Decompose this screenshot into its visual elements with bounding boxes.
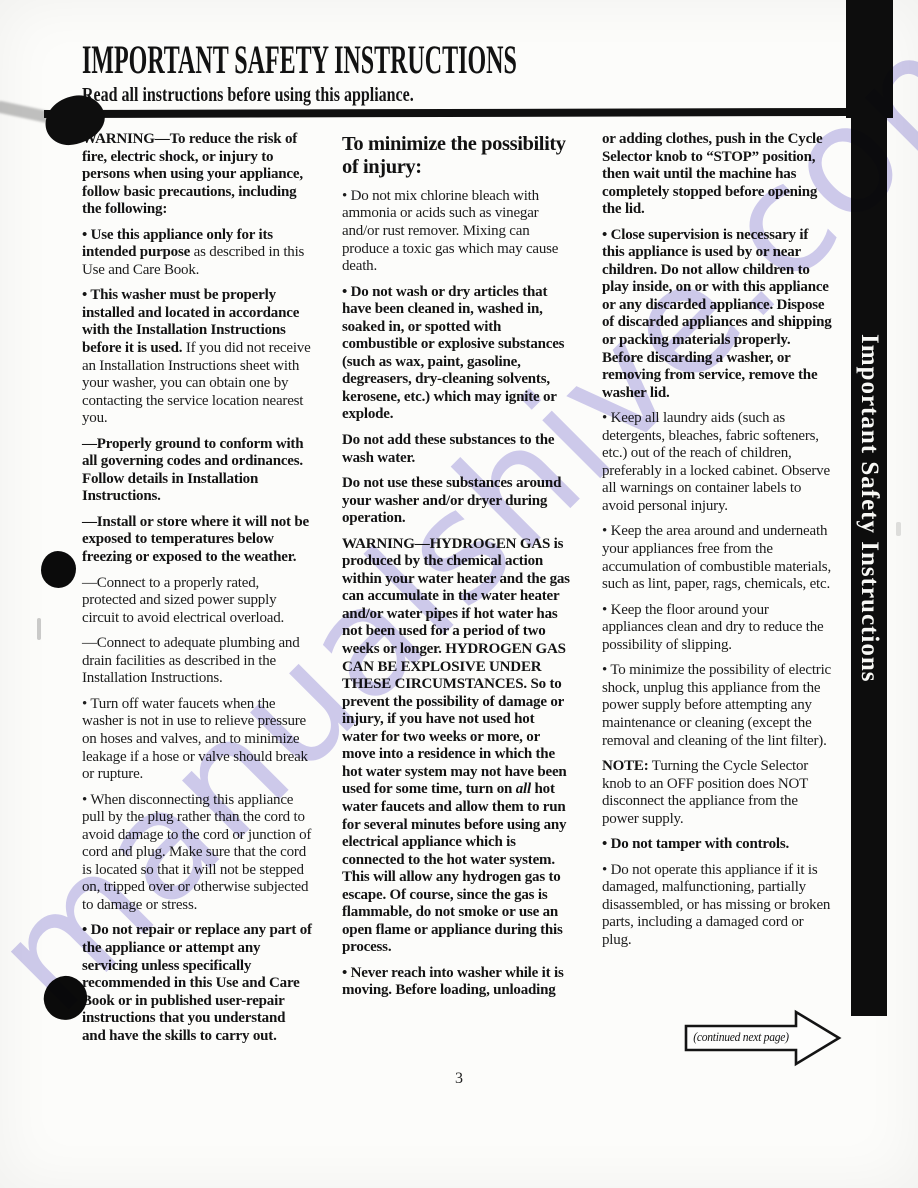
paragraph: • Never reach into washer while it is mo… <box>342 965 572 1000</box>
paragraph: • Close supervision is necessary if this… <box>602 227 832 402</box>
continued-next-page: (continued next page) <box>684 1006 842 1070</box>
paragraph: —Install or store where it will not be e… <box>82 514 312 567</box>
scan-speck <box>37 618 41 640</box>
paragraph: WARNING—To reduce the risk of fire, elec… <box>82 131 312 219</box>
column-middle: To minimize the possibilityof injury:• D… <box>342 131 572 1053</box>
column-header: To minimize the possibilityof injury: <box>342 133 572 179</box>
paragraph: —Properly ground to conform with all gov… <box>82 436 312 506</box>
edge-tab-label: Important Safety Instructions <box>855 334 883 682</box>
edge-tab: Important Safety Instructions <box>851 0 887 1016</box>
manual-page: IMPORTANT SAFETY INSTRUCTIONS Read all i… <box>0 0 918 1188</box>
masthead: IMPORTANT SAFETY INSTRUCTIONS Read all i… <box>82 40 807 107</box>
paragraph: • Turn off water faucets when the washer… <box>82 696 312 784</box>
paragraph: • Keep the area around and underneath yo… <box>602 523 832 593</box>
paragraph: • Use this appliance only for its intend… <box>82 227 312 280</box>
paragraph: • When disconnecting this appliance pull… <box>82 792 312 915</box>
paragraph: or adding clothes, push in the Cycle Sel… <box>602 131 832 219</box>
paragraph: • This washer must be properly installed… <box>82 287 312 427</box>
paragraph: Do not add these substances to the wash … <box>342 432 572 467</box>
paragraph: • Keep all laundry aids (such as deterge… <box>602 410 832 515</box>
scan-speck <box>896 522 901 536</box>
text-columns: WARNING—To reduce the risk of fire, elec… <box>82 131 834 1053</box>
paragraph: Do not use these substances around your … <box>342 475 572 528</box>
page-subtitle: Read all instructions before using this … <box>82 84 662 107</box>
paragraph: —Connect to adequate plumbing and drain … <box>82 635 312 688</box>
paragraph: • Do not tamper with controls. <box>602 836 832 854</box>
page-title: IMPORTANT SAFETY INSTRUCTIONS <box>82 40 517 80</box>
paragraph: • Do not wash or dry articles that have … <box>342 284 572 424</box>
paragraph: • Do not operate this appliance if it is… <box>602 862 832 950</box>
paragraph: WARNING—HYDROGEN GAS is produced by the … <box>342 536 572 957</box>
paragraph: NOTE: Turning the Cycle Selector knob to… <box>602 758 832 828</box>
paragraph: —Connect to a properly rated, protected … <box>82 575 312 628</box>
punch-hole-dot <box>41 551 76 588</box>
paragraph: • To minimize the possibility of electri… <box>602 662 832 750</box>
paragraph: • Keep the floor around your appliances … <box>602 602 832 655</box>
column-right: or adding clothes, push in the Cycle Sel… <box>602 131 832 1053</box>
paragraph: • Do not repair or replace any part of t… <box>82 922 312 1045</box>
continued-label: (continued next page) <box>690 1030 792 1045</box>
page-number: 3 <box>444 1070 474 1088</box>
header-rule <box>44 108 848 118</box>
column-left: WARNING—To reduce the risk of fire, elec… <box>82 131 312 1053</box>
paragraph: • Do not mix chlorine bleach with ammoni… <box>342 188 572 276</box>
